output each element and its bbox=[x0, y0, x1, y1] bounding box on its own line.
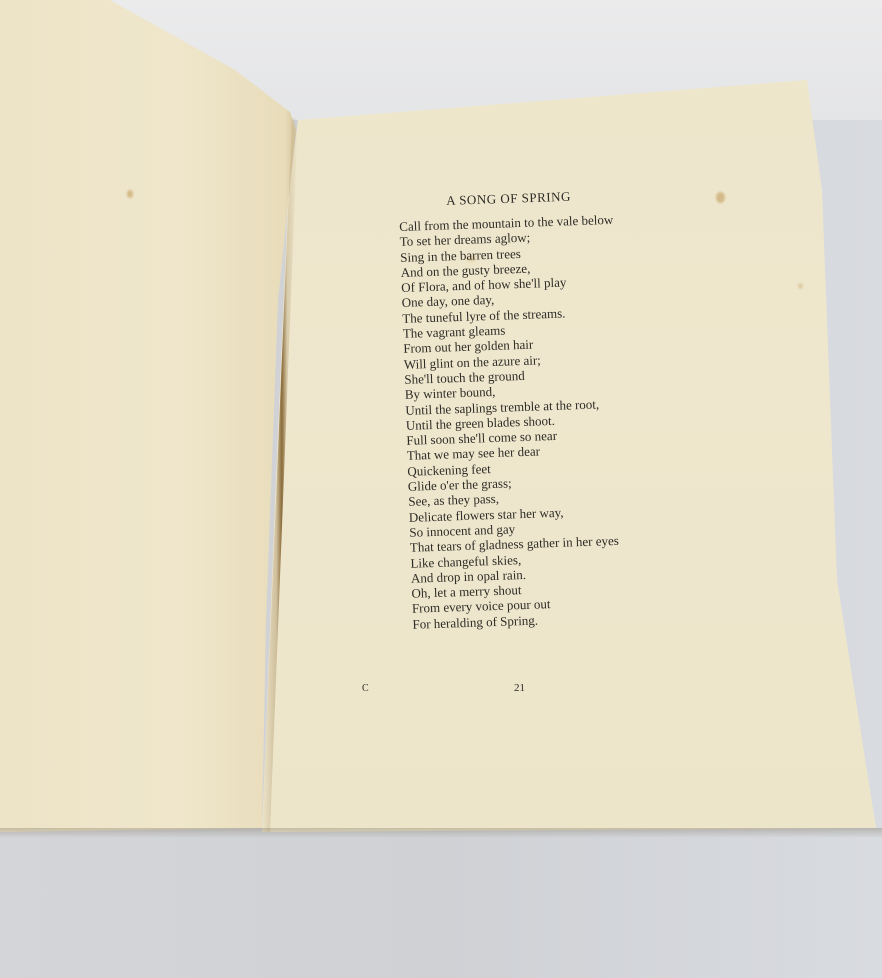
page-number: 21 bbox=[514, 682, 525, 694]
poem-lines: Call from the mountain to the vale below… bbox=[399, 212, 627, 632]
poem-title: A SONG OF SPRING bbox=[446, 189, 571, 209]
poem-page-content: A SONG OF SPRING Call from the mountain … bbox=[0, 0, 882, 978]
signature-mark: C bbox=[362, 683, 369, 694]
